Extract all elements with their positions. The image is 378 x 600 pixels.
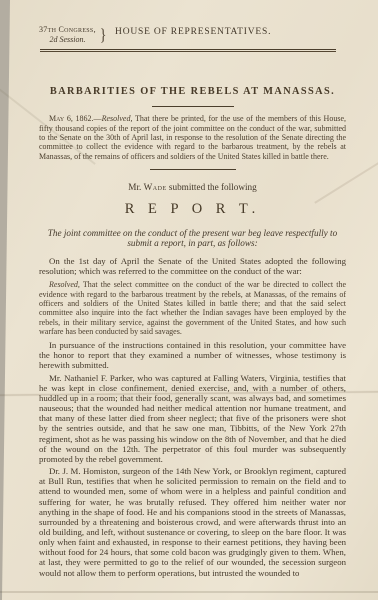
- order-resolved-word: Resolved,: [102, 114, 133, 123]
- chamber-name: HOUSE OF REPRESENTATIVES.: [115, 25, 271, 37]
- submitted-suffix: submitted the following: [167, 182, 257, 192]
- paragraph-homiston-testimony: Dr. J. M. Homiston, surgeon of the 14th …: [39, 466, 346, 578]
- masthead: 37th Congress, 2d Session. } HOUSE OF RE…: [39, 25, 346, 44]
- order-date: May 6, 1862.—: [49, 114, 102, 123]
- paragraph-intro: On the 1st day of April the Senate of th…: [39, 256, 346, 276]
- congress-number: 37th Congress,: [39, 25, 96, 35]
- report-body: On the 1st day of April the Senate of th…: [39, 256, 346, 578]
- paragraph-parker-testimony: Mr. Nathaniel F. Parker, who was capture…: [39, 373, 346, 464]
- title-rule: [152, 106, 234, 107]
- submitter-name: Wade: [144, 182, 167, 192]
- masthead-double-rule: [40, 49, 336, 52]
- page-content: 37th Congress, 2d Session. } HOUSE OF RE…: [0, 0, 378, 578]
- submitted-prefix: Mr.: [128, 182, 143, 192]
- brace-glyph: }: [100, 25, 107, 44]
- paragraph-senate-resolution: Resolved, That the select committee on t…: [39, 280, 346, 336]
- report-heading: R E P O R T.: [39, 201, 346, 218]
- document-title: BARBARITIES OF THE REBELS AT MANASSAS.: [39, 86, 346, 97]
- page-bottom-edge: [0, 591, 378, 593]
- printing-order-note: May 6, 1862.—Resolved, That there be pri…: [39, 114, 346, 160]
- paragraph-pursuance: In pursuance of the instructions contain…: [39, 340, 346, 370]
- resolution-text: That the select committee on the conduct…: [39, 280, 346, 335]
- scanned-page: 37th Congress, 2d Session. } HOUSE OF RE…: [0, 0, 378, 600]
- resolution-resolved-word: Resolved,: [49, 280, 80, 289]
- congress-session-block: 37th Congress, 2d Session.: [39, 25, 96, 44]
- session-number: 2d Session.: [39, 35, 96, 45]
- report-preamble: The joint committee on the conduct of th…: [43, 228, 342, 249]
- submitted-line: Mr. Wade submitted the following: [39, 182, 346, 192]
- order-rule: [150, 169, 236, 170]
